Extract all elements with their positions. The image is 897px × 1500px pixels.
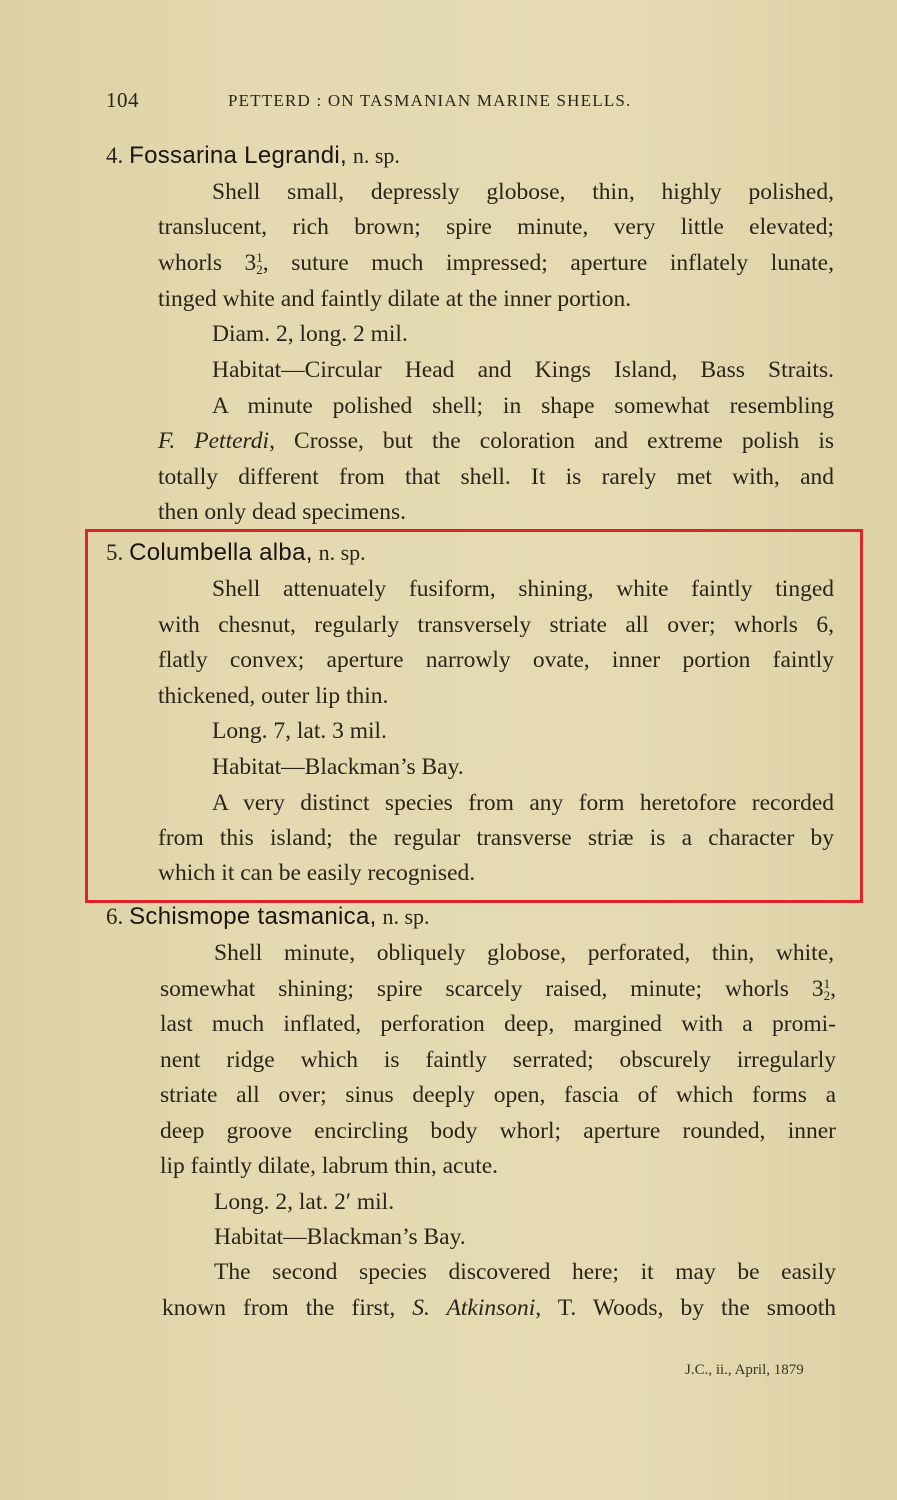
signature-mark: J.C., ii., April, 1879 — [685, 1362, 804, 1379]
remarks-line: totally different from that shell. It is… — [158, 462, 834, 492]
italic-species-ref: S. Atkinsoni — [412, 1295, 535, 1321]
description-line: tinged white and faintly dilate at the i… — [158, 284, 631, 314]
species-status: n. sp. — [353, 143, 400, 168]
description-line: Shell small, depressly globose, thin, hi… — [212, 177, 834, 207]
remarks-line: A very distinct species from any form he… — [212, 788, 834, 818]
remarks-line: from this island; the regular transverse… — [158, 823, 834, 853]
habitat: Habitat—Blackman’s Bay. — [214, 1222, 466, 1252]
habitat: Habitat—Blackman’s Bay. — [212, 752, 464, 782]
description-line: flatly convex; aperture narrowly ovate, … — [158, 645, 834, 675]
running-title: PETTERD : ON TASMANIAN MARINE SHELLS. — [228, 91, 632, 111]
remarks-line: The second species discovered here; it m… — [214, 1257, 836, 1287]
entry-heading: 5. Columbella alba, n. sp. — [106, 538, 366, 568]
entry-number: 6. — [106, 904, 123, 929]
description-line: Shell attenuately fusiform, shining, whi… — [212, 574, 834, 604]
entry-number: 5. — [106, 540, 123, 565]
description-line: nent ridge which is faintly serrated; ob… — [160, 1045, 836, 1075]
species-name: Schismope tasmanica, — [129, 903, 376, 930]
entry-number: 4. — [106, 143, 123, 168]
measurements: Long. 7, lat. 3 mil. — [212, 716, 387, 746]
species-status: n. sp. — [319, 540, 366, 565]
document-page: 104 PETTERD : ON TASMANIAN MARINE SHELLS… — [0, 0, 897, 1500]
page-number: 104 — [106, 88, 139, 113]
description-line: last much inflated, perforation deep, ma… — [160, 1009, 836, 1039]
description-line: somewhat shining; spire scarcely raised,… — [160, 974, 836, 1004]
remarks-line: known from the first, S. Atkinsoni, T. W… — [162, 1293, 836, 1323]
italic-species-ref: F. Petterdi — [158, 428, 269, 454]
description-line: deep groove encircling body whorl; apert… — [160, 1116, 836, 1146]
measurements: Diam. 2, long. 2 mil. — [212, 319, 408, 349]
remarks-line: A minute polished shell; in shape somewh… — [212, 391, 834, 421]
description-line: lip faintly dilate, labrum thin, acute. — [160, 1151, 498, 1181]
description-line: thickened, outer lip thin. — [158, 681, 388, 711]
habitat: Habitat—Circular Head and Kings Island, … — [212, 355, 834, 385]
species-name: Columbella alba, — [129, 539, 313, 566]
description-line: whorls 312, suture much impressed; apert… — [158, 248, 834, 278]
remarks-line: F. Petterdi, Crosse, but the coloration … — [158, 426, 834, 456]
species-status: n. sp. — [382, 904, 429, 929]
species-name: Fossarina Legrandi, — [129, 142, 347, 169]
remarks-line: then only dead specimens. — [158, 497, 406, 527]
description-line: striate all over; sinus deeply open, fas… — [160, 1080, 836, 1110]
measurements: Long. 2, lat. 2′ mil. — [214, 1187, 394, 1217]
description-line: translucent, rich brown; spire minute, v… — [158, 212, 834, 242]
description-line: Shell minute, obliquely globose, perfora… — [214, 938, 834, 968]
description-line: with chesnut, regularly transversely str… — [158, 610, 834, 640]
entry-heading: 6. Schismope tasmanica, n. sp. — [106, 902, 430, 932]
remarks-line: which it can be easily recognised. — [158, 858, 475, 888]
entry-heading: 4. Fossarina Legrandi, n. sp. — [106, 141, 400, 171]
